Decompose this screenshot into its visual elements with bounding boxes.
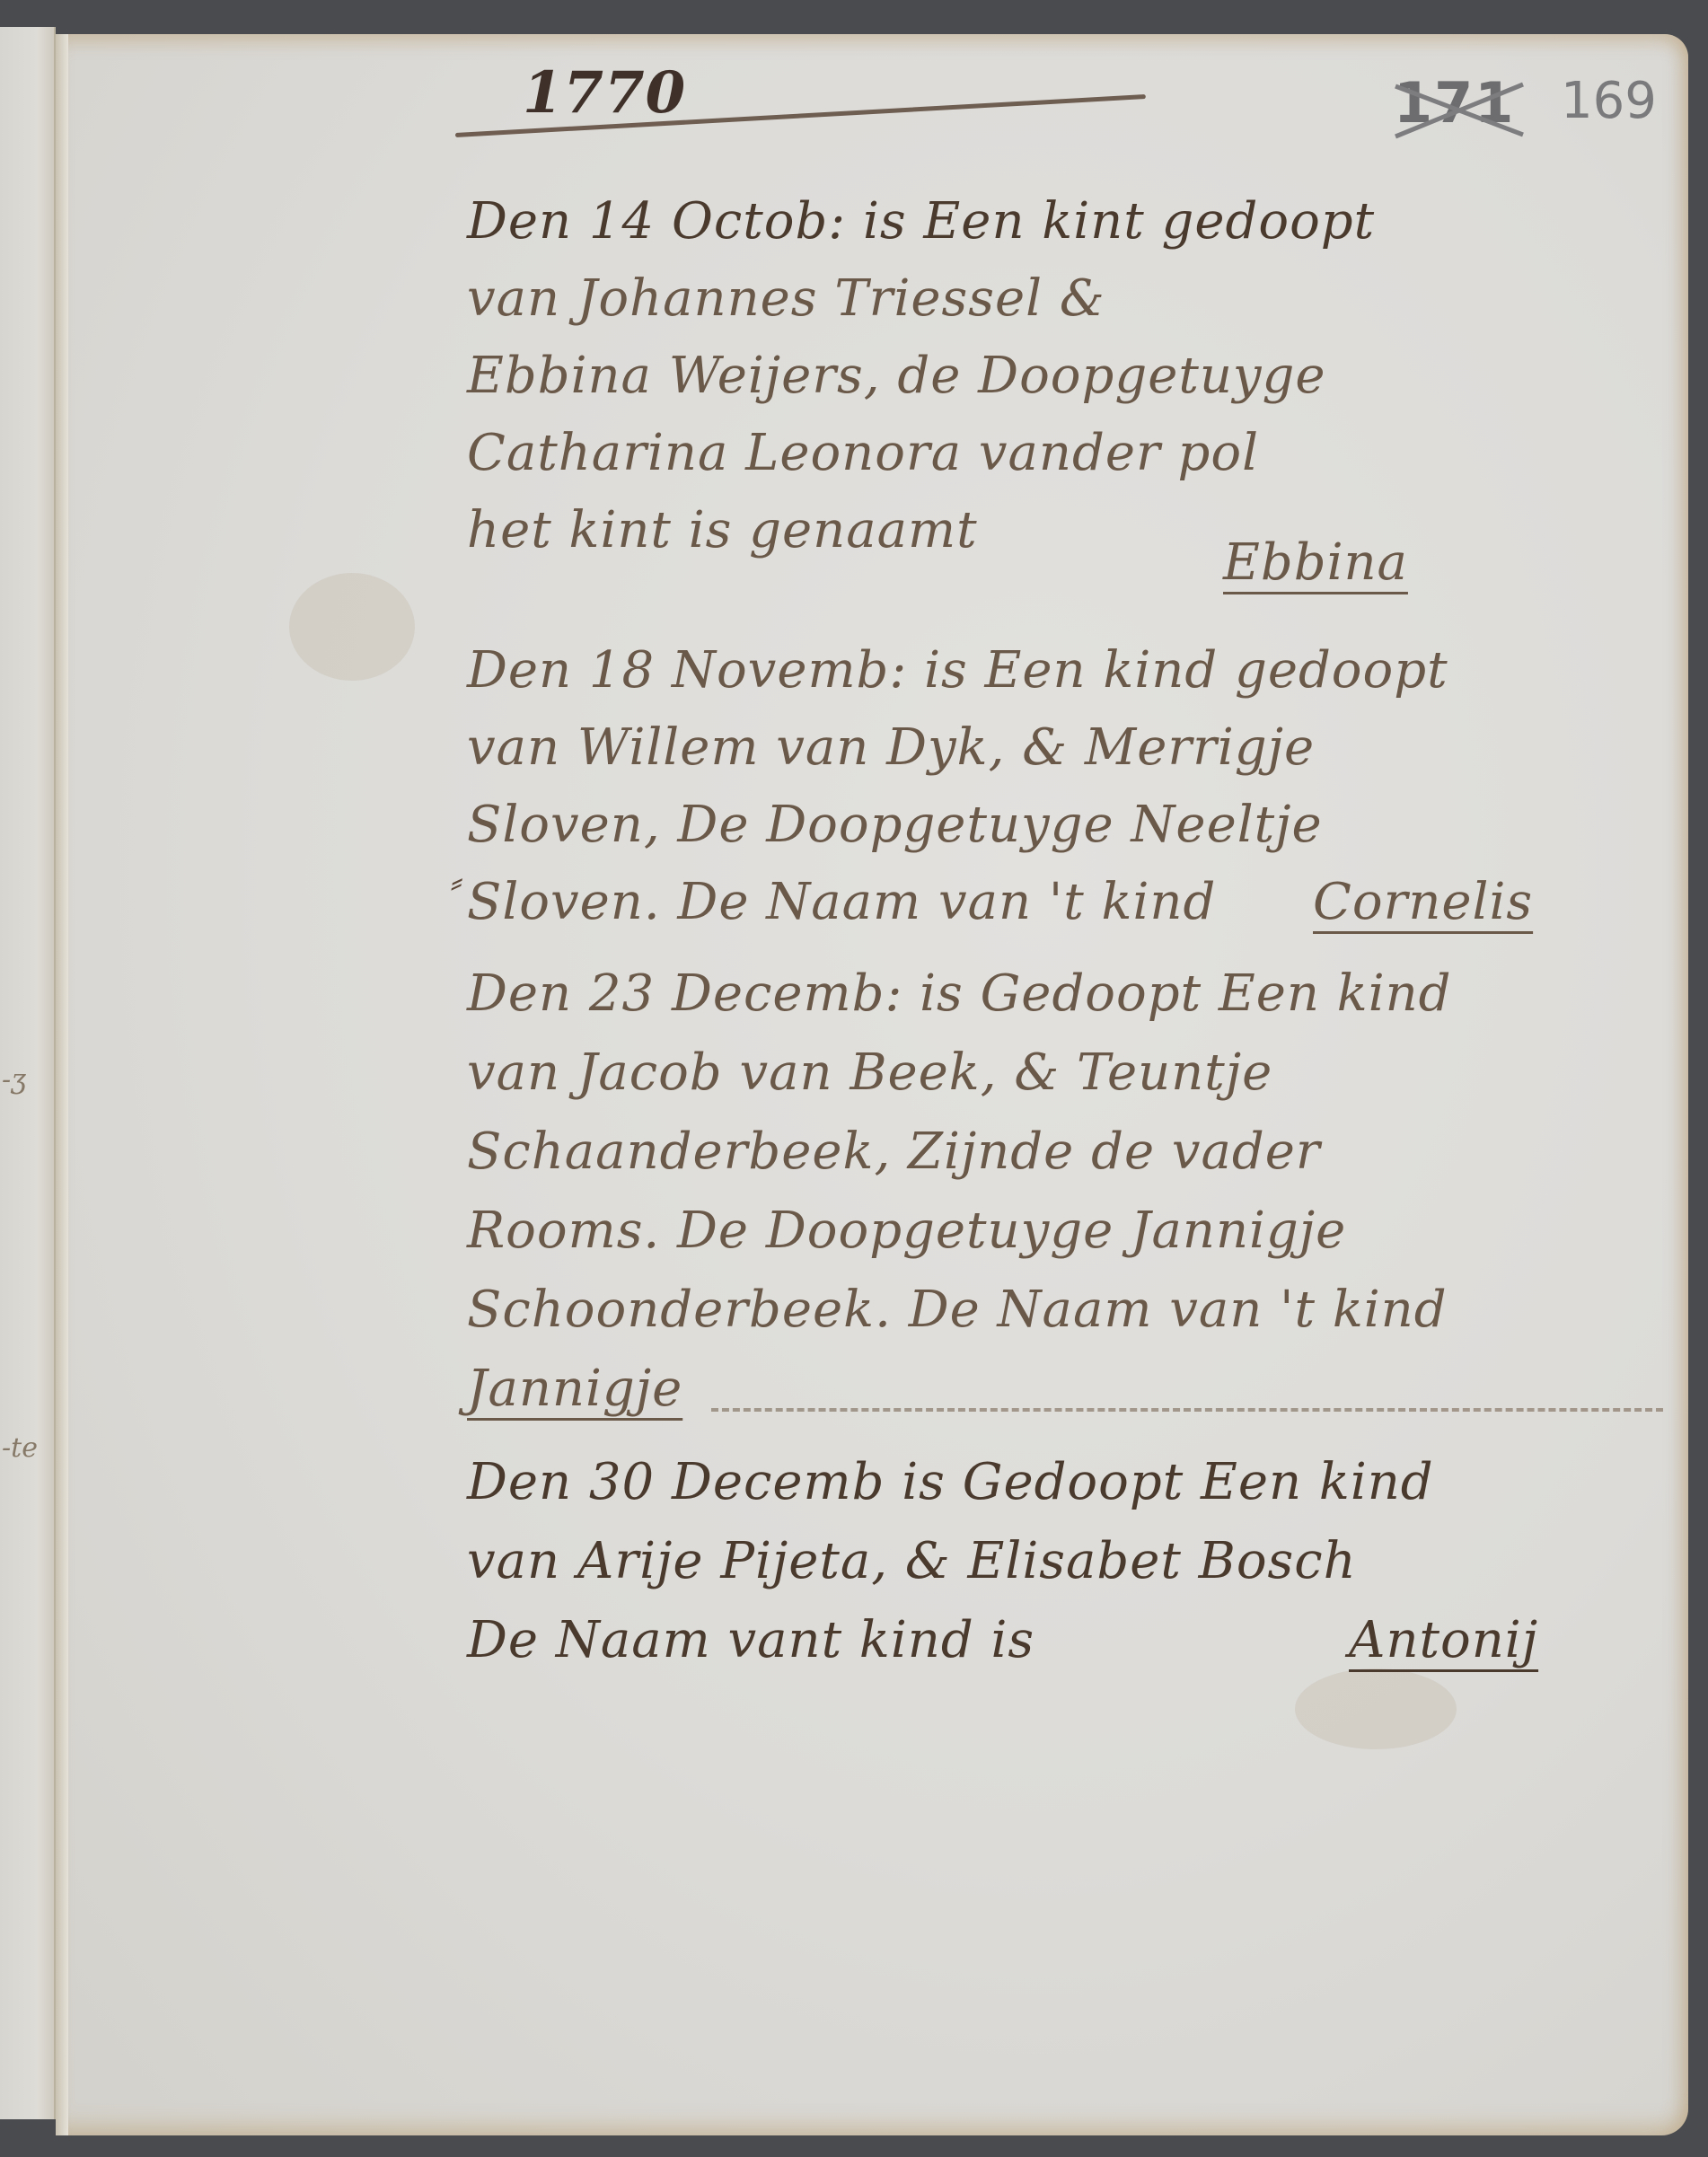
entry-line: van Arije Pijeta, & Elisabet Bosch xyxy=(467,1532,1357,1590)
facing-page-fragment: -ʒ xyxy=(2,1064,26,1096)
paper-stain xyxy=(289,573,415,681)
gutter-fold xyxy=(56,34,68,2135)
child-name: Cornelis xyxy=(1313,873,1533,931)
entry-line: Sloven, De Doopgetuyge Neeltje xyxy=(467,796,1323,854)
entry-line: Schoonderbeek. De Naam van 't kind xyxy=(467,1281,1448,1339)
entry-line: Ebbina Weijers, de Doopgetuyge xyxy=(467,347,1326,405)
entry-line: Sloven. De Naam van 't kind xyxy=(467,873,1216,931)
paper-stain xyxy=(1295,1668,1457,1749)
entry-line: De Naam vant kind is xyxy=(467,1611,1034,1669)
entry-line: Den 18 Novemb: is Een kind gedoopt xyxy=(467,641,1448,700)
folio-number: 169 xyxy=(1561,72,1657,130)
entry-line: Catharina Leonora vander pol xyxy=(467,424,1259,482)
register-page: 1770 171 169 Den 14 Octob: is Een kint g… xyxy=(56,34,1688,2135)
entry-separator xyxy=(711,1408,1663,1412)
entry-line: van Johannes Triessel & xyxy=(467,269,1105,328)
child-name: Jannigje xyxy=(467,1360,682,1418)
child-name: Ebbina xyxy=(1223,533,1408,592)
facing-page-fragment: -te xyxy=(2,1432,38,1464)
entry-line: Rooms. De Doopgetuyge Jannigje xyxy=(467,1202,1346,1260)
entry-line: Den 30 Decemb is Gedoopt Een kind xyxy=(467,1453,1434,1511)
year-heading: 1770 xyxy=(523,59,686,127)
entry-line: het kint is genaamt xyxy=(467,501,978,559)
margin-flourish: ⸗ xyxy=(451,860,462,902)
entry-line: Den 23 Decemb: is Gedoopt Een kind xyxy=(467,964,1452,1023)
entry-line: van Jacob van Beek, & Teuntje xyxy=(467,1043,1272,1102)
child-name: Antonij xyxy=(1349,1611,1538,1669)
strike-through-icon xyxy=(1392,81,1527,140)
entry-line: van Willem van Dyk, & Merrigje xyxy=(467,718,1315,777)
document-scan: -ʒ -te 1770 171 169 Den 14 Octob: is Een… xyxy=(0,0,1708,2157)
entry-line: Schaanderbeek, Zijnde de vader xyxy=(467,1123,1321,1181)
entry-line: Den 14 Octob: is Een kint gedoopt xyxy=(467,192,1375,251)
facing-page-edge: -ʒ -te xyxy=(0,27,56,2119)
